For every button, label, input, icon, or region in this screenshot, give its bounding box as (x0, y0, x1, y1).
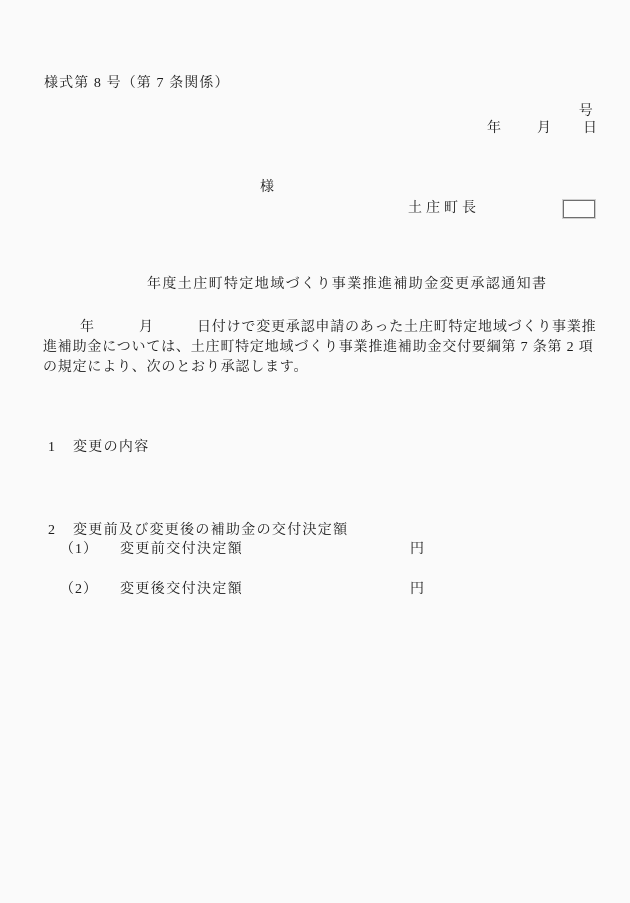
item-2-unit-yen: 円 (410, 582, 424, 598)
section-1-label: 変更の内容 (73, 440, 150, 456)
body-line-3: の規定により、次のとおり承認します。 (43, 360, 308, 376)
grant-amount-row-after: （2） 変更後交付決定額 円 (0, 582, 630, 600)
recipient-honorific: 様 (260, 180, 275, 196)
header-month-label: 月 (537, 121, 552, 137)
grant-amount-row-before: （1） 変更前交付決定額 円 (0, 542, 630, 560)
header-day-label: 日 (583, 121, 598, 137)
document-page: 様式第 8 号（第 7 条関係） 号 年 月 日 様 土庄町長 年度土庄町特定地… (0, 0, 630, 903)
section-2-number: 2 (48, 523, 56, 539)
item-2-label: 変更後交付決定額 (120, 582, 243, 598)
item-1-unit-yen: 円 (410, 542, 424, 558)
section-2-label: 変更前及び変更後の補助金の交付決定額 (73, 523, 348, 539)
section-1-number: 1 (48, 440, 56, 456)
sender-name: 土庄町長 (408, 201, 480, 217)
header-year-label: 年 (487, 121, 502, 137)
document-title: 年度土庄町特定地域づくり事業推進補助金変更承認通知書 (147, 277, 547, 293)
document-number-suffix: 号 (579, 104, 594, 120)
body-line-2: 進補助金については、土庄町特定地域づくり事業推進補助金交付要綱第 7 条第 2 … (43, 340, 594, 356)
item-1-number: （1） (60, 542, 98, 558)
item-1-label: 変更前交付決定額 (120, 542, 243, 558)
body-year-label: 年 (80, 320, 95, 336)
body-month-label: 月 (139, 320, 154, 336)
page: { "document": { "form_number": "様式第 8 号（… (0, 0, 630, 903)
section-1-heading: 1 変更の内容 (0, 440, 630, 458)
body-line-1: 年 月 日付けで変更承認申請のあった土庄町特定地域づくり事業推 (0, 320, 630, 338)
seal-box (563, 200, 595, 218)
body-line-1-text: 日付けで変更承認申請のあった土庄町特定地域づくり事業推 (197, 320, 596, 336)
form-number: 様式第 8 号（第 7 条関係） (44, 76, 230, 92)
item-2-number: （2） (60, 582, 98, 598)
section-2-heading: 2 変更前及び変更後の補助金の交付決定額 (0, 523, 630, 541)
